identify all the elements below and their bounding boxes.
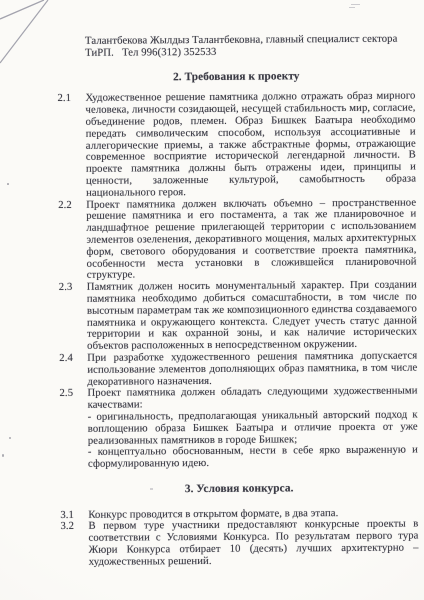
- clause-text: При разработке художественного решения п…: [87, 350, 417, 388]
- scan-speck: [7, 183, 9, 185]
- numbered-clause: 2.1 Художественное решение памятника дол…: [57, 91, 416, 200]
- clause-number: 2.1: [57, 93, 85, 105]
- numbered-clause: 2.2 Проект памятника должен включать объ…: [58, 197, 417, 282]
- section-2-title: 2. Требования к проекту: [57, 70, 415, 84]
- scan-speck: [9, 437, 11, 439]
- contact-phone-line: ТиРП. Тел 996(312) 352533: [85, 45, 415, 59]
- numbered-clause: 3.2 В первом туре участники предоставляю…: [60, 519, 418, 569]
- clause-text: В первом туре участники предоставляют ко…: [88, 519, 418, 568]
- section-3-title: 3. Условия конкурса.: [60, 482, 418, 496]
- clause-number: 2.2: [58, 199, 86, 211]
- numbered-clause: 2.5 Проект памятника должен обладать сле…: [59, 386, 418, 471]
- clause-text: Памятник должен носить монументальный ха…: [87, 280, 417, 353]
- clause-text: Проект памятника должен обладать следующ…: [87, 386, 418, 471]
- document-content: Талантбекова Жылдыз Талантбековна, главн…: [57, 34, 419, 569]
- clause-number: 2.3: [59, 282, 87, 294]
- scan-speck: [2, 454, 4, 457]
- clause-text: Проект памятника должен включать объемно…: [86, 197, 417, 282]
- scan-smudge-mark: [349, 4, 361, 9]
- scanned-page: Талантбекова Жылдыз Талантбековна, главн…: [0, 0, 424, 600]
- clause-number: 3.2: [60, 521, 88, 533]
- document-header: Талантбекова Жылдыз Талантбековна, главн…: [85, 34, 415, 60]
- clause-number: 2.4: [59, 353, 87, 365]
- clause-number: 2.5: [59, 388, 87, 400]
- numbered-clause: 2.3 Памятник должен носить монументальны…: [59, 280, 417, 353]
- page-corner-fold-mark: [0, 0, 60, 70]
- numbered-clause: 2.4 При разработке художественного решен…: [59, 350, 417, 388]
- clause-text: Художественное решение памятника должно …: [85, 91, 416, 199]
